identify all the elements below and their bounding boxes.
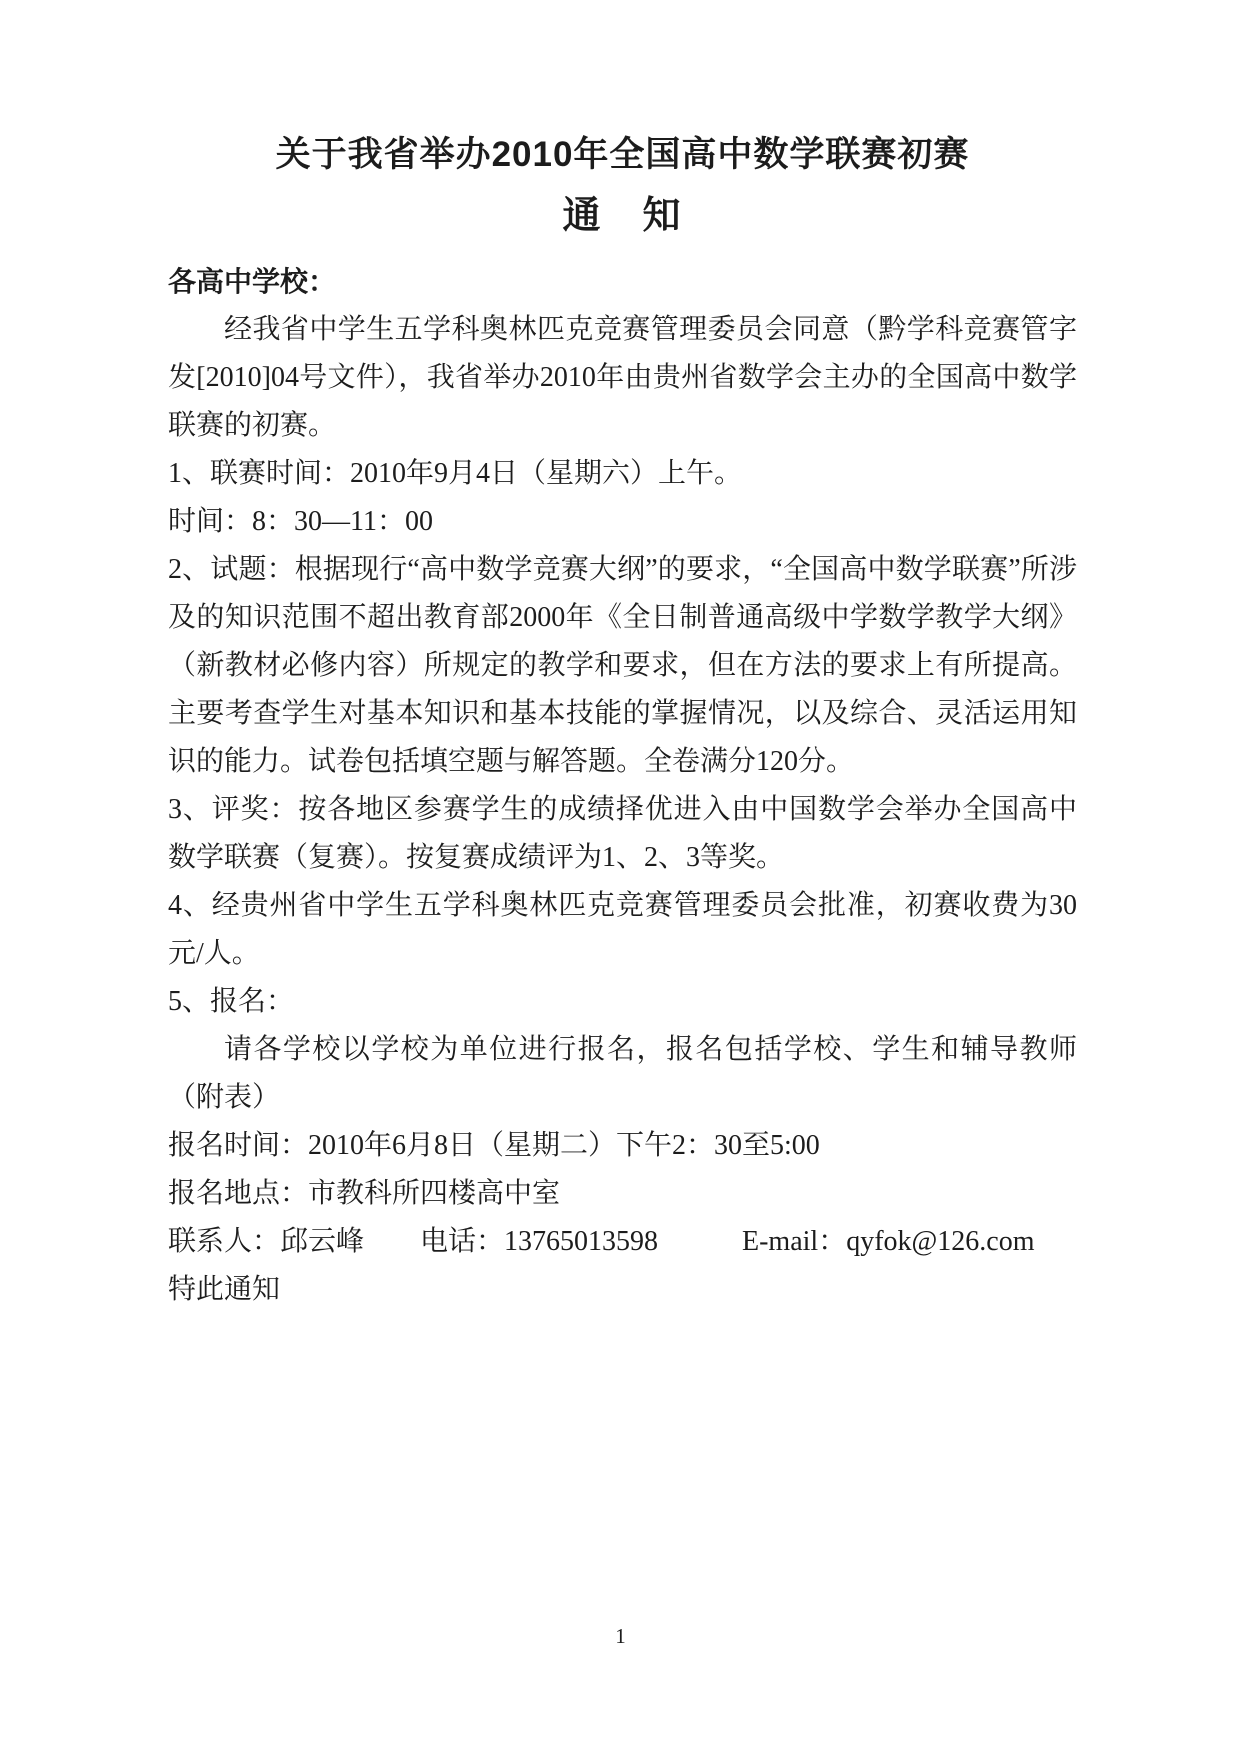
document-page: 关于我省举办2010年全国高中数学联赛初赛 通 知 各高中学校： 经我省中学生五… [0, 0, 1241, 1754]
paragraph-item-5-registration: 5、报名： [168, 978, 1077, 1026]
page-number: 1 [0, 1622, 1241, 1650]
paragraph-item-4-fee: 4、经贵州省中学生五学科奥林匹克竞赛管理委员会批准，初赛收费为30元/人。 [168, 882, 1077, 978]
paragraph-item-2-exam-content: 2、试题：根据现行“高中数学竞赛大纲”的要求，“全国高中数学联赛”所涉及的知识范… [168, 546, 1077, 786]
paragraph-exam-time-range: 时间：8：30—11：00 [168, 498, 1077, 546]
paragraph-registration-details: 请各学校以学校为单位进行报名，报名包括学校、学生和辅导教师（附表） [168, 1026, 1077, 1122]
paragraph-registration-location: 报名地点：市教科所四楼高中室 [168, 1170, 1077, 1218]
paragraph-item-3-awards: 3、评奖：按各地区参赛学生的成绩择优进入由中国数学会举办全国高中数学联赛（复赛）… [168, 786, 1077, 882]
paragraph-contact: 联系人：邱云峰 电话：13765013598 E-mail：qyfok@126.… [168, 1218, 1077, 1266]
paragraph-intro: 经我省中学生五学科奥林匹克竞赛管理委员会同意（黔学科竞赛管字发[2010]04号… [168, 306, 1077, 450]
doc-title: 关于我省举办2010年全国高中数学联赛初赛 [168, 130, 1077, 180]
paragraph-registration-time: 报名时间：2010年6月8日（星期二）下午2：30至5:00 [168, 1122, 1077, 1170]
paragraph-item-1-competition-time: 1、联赛时间：2010年9月4日（星期六）上午。 [168, 450, 1077, 498]
doc-subtitle: 通 知 [168, 190, 1077, 242]
salutation: 各高中学校： [168, 258, 1077, 306]
paragraph-closing: 特此通知 [168, 1266, 1077, 1314]
document-content: 关于我省举办2010年全国高中数学联赛初赛 通 知 各高中学校： 经我省中学生五… [168, 130, 1077, 1314]
